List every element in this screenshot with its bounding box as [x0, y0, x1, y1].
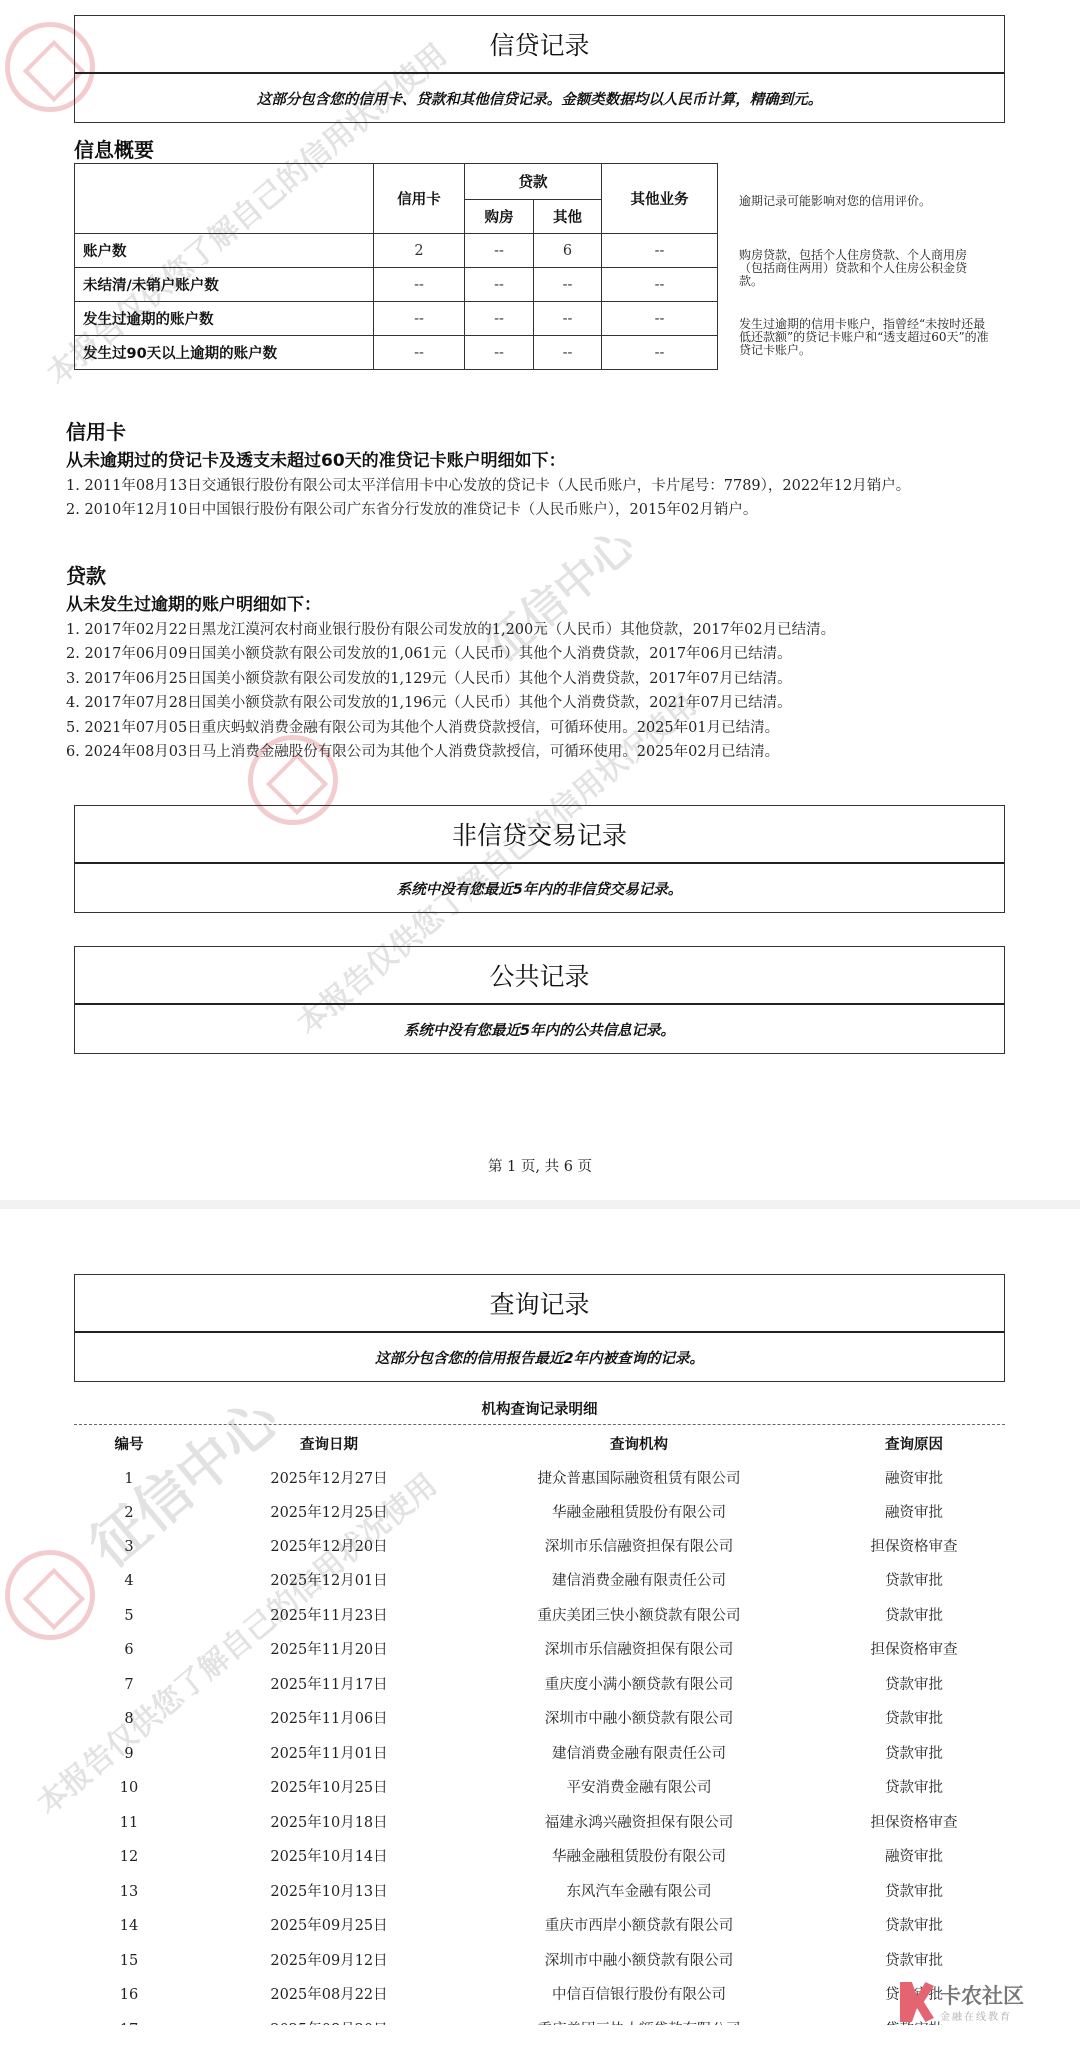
loan-subheading: 从未发生过逾期的账户明细如下： — [66, 590, 321, 615]
kanong-logo-icon — [900, 1982, 934, 2022]
header-loan: 贷款 — [465, 164, 602, 200]
table-row: 142025年09月25日重庆市西岸小额贷款有限公司贷款审批 — [74, 1909, 1005, 1943]
section-description: 系统中没有您最近5年内的公共信息记录。 — [75, 1005, 1004, 1053]
table-row: 62025年11月20日深圳市乐信融资担保有限公司担保资格审查 — [74, 1633, 1005, 1667]
section-title: 查询记录 — [75, 1275, 1004, 1333]
table-row: 92025年11月01日建信消费金融有限责任公司贷款审批 — [74, 1737, 1005, 1771]
credit-card-subheading: 从未逾期过的贷记卡及透支未超过60天的准贷记卡账户明细如下： — [66, 446, 566, 471]
table-row: 112025年10月18日福建永鸿兴融资担保有限公司担保资格审查 — [74, 1806, 1005, 1840]
table-row: 22025年12月25日华融金融租赁股份有限公司融资审批 — [74, 1496, 1005, 1530]
header-loan-housing: 购房 — [465, 200, 534, 234]
section-title: 非信贷交易记录 — [75, 806, 1004, 864]
credit-card-heading: 信用卡 — [66, 416, 126, 445]
table-row: 132025年10月13日东风汽车金融有限公司贷款审批 — [74, 1875, 1005, 1909]
summary-row: 账户数 2 -- 6 -- — [75, 234, 718, 268]
summary-header-blank — [75, 164, 374, 234]
summary-row: 发生过90天以上逾期的账户数 -- -- -- -- — [75, 336, 718, 370]
section-title: 公共记录 — [75, 947, 1004, 1005]
kanong-logo: 卡农社区 金融在线教育 — [900, 1978, 1050, 2028]
summary-note-overdue: 逾期记录可能影响对您的信用评价。 — [739, 195, 989, 208]
section-description: 系统中没有您最近5年内的非信贷交易记录。 — [75, 864, 1004, 912]
summary-note-card-overdue: 发生过逾期的信用卡账户，指曾经“未按时还最低还款额”的贷记卡账户和“透支超过60… — [739, 318, 989, 357]
non-credit-section: 非信贷交易记录 系统中没有您最近5年内的非信贷交易记录。 — [74, 805, 1005, 913]
header-credit-card: 信用卡 — [374, 164, 465, 234]
query-record-section: 查询记录 这部分包含您的信用报告最近2年内被查询的记录。 — [74, 1274, 1005, 1382]
summary-heading: 信息概要 — [74, 134, 154, 163]
section-title: 信贷记录 — [75, 16, 1004, 74]
table-row: 42025年12月01日建信消费金融有限责任公司贷款审批 — [74, 1564, 1005, 1598]
section-description: 这部分包含您的信用卡、贷款和其他信贷记录。金额类数据均以人民币计算，精确到元。 — [75, 74, 1004, 122]
divider — [74, 1424, 1005, 1425]
header-loan-other: 其他 — [534, 200, 602, 234]
credit-card-item: 1. 2011年08月13日交通银行股份有限公司太平洋信用卡中心发放的贷记卡（人… — [66, 474, 910, 495]
summary-note-housing: 购房贷款，包括个人住房贷款、个人商用房（包括商住两用）贷款和个人住房公积金贷款。 — [739, 249, 989, 288]
loan-item: 4. 2017年07月28日国美小额贷款有限公司发放的1,196元（人民币）其他… — [66, 691, 792, 712]
credit-record-section: 信贷记录 这部分包含您的信用卡、贷款和其他信贷记录。金额类数据均以人民币计算，精… — [74, 15, 1005, 123]
public-record-section: 公共记录 系统中没有您最近5年内的公共信息记录。 — [74, 946, 1005, 1054]
loan-item: 6. 2024年08月03日马上消费金融股份有限公司为其他个人消费贷款授信，可循… — [66, 740, 779, 761]
table-row: 52025年11月23日重庆美团三快小额贷款有限公司贷款审批 — [74, 1599, 1005, 1633]
column-header-number: 编号 — [74, 1428, 184, 1462]
loan-item: 3. 2017年06月25日国美小额贷款有限公司发放的1,129元（人民币）其他… — [66, 667, 792, 688]
page-indicator: 第 1 页, 共 6 页 — [0, 1155, 1080, 1176]
summary-table: 信用卡 贷款 其他业务 购房 其他 账户数 2 -- 6 -- 未结清/未销户账… — [74, 163, 718, 370]
loan-heading: 贷款 — [66, 560, 106, 589]
loan-item: 1. 2017年02月22日黑龙江漠河农村商业银行股份有限公司发放的1,200元… — [66, 618, 835, 639]
table-row: 72025年11月17日重庆度小满小额贷款有限公司贷款审批 — [74, 1668, 1005, 1702]
table-row: 12025年12月27日捷众普惠国际融资租赁有限公司融资审批 — [74, 1462, 1005, 1496]
table-row: 82025年11月06日深圳市中融小额贷款有限公司贷款审批 — [74, 1702, 1005, 1736]
table-row: 32025年12月20日深圳市乐信融资担保有限公司担保资格审查 — [74, 1530, 1005, 1564]
header-other-business: 其他业务 — [602, 164, 718, 234]
credit-card-item: 2. 2010年12月10日中国银行股份有限公司广东省分行发放的准贷记卡（人民币… — [66, 498, 757, 519]
table-row: 162025年08月22日中信百信银行股份有限公司贷款审批 — [74, 1978, 1005, 2012]
page-divider — [0, 1200, 1080, 1209]
table-row: 122025年10月14日华融金融租赁股份有限公司融资审批 — [74, 1840, 1005, 1874]
summary-row: 未结清/未销户账户数 -- -- -- -- — [75, 268, 718, 302]
table-row: 102025年10月25日平安消费金融有限公司贷款审批 — [74, 1771, 1005, 1805]
column-header-reason: 查询原因 — [804, 1428, 1024, 1462]
table-row: 152025年09月12日深圳市中融小额贷款有限公司贷款审批 — [74, 1944, 1005, 1978]
logo-subtitle: 金融在线教育 — [940, 2008, 1012, 2023]
query-table-caption: 机构查询记录明细 — [74, 1398, 1005, 1419]
loan-item: 2. 2017年06月09日国美小额贷款有限公司发放的1,061元（人民币）其他… — [66, 642, 792, 663]
query-table-header: 编号 查询日期 查询机构 查询原因 — [74, 1428, 1005, 1462]
column-header-org: 查询机构 — [454, 1428, 824, 1462]
section-description: 这部分包含您的信用报告最近2年内被查询的记录。 — [75, 1333, 1004, 1381]
loan-item: 5. 2021年07月05日重庆蚂蚁消费金融有限公司为其他个人消费贷款授信，可循… — [66, 716, 779, 737]
summary-row: 发生过逾期的账户数 -- -- -- -- — [75, 302, 718, 336]
logo-title: 卡农社区 — [940, 1980, 1024, 2010]
column-header-date: 查询日期 — [239, 1428, 419, 1462]
table-row: 172025年08月20日重庆美团三快小额贷款有限公司贷款审批 — [74, 2013, 1005, 2025]
